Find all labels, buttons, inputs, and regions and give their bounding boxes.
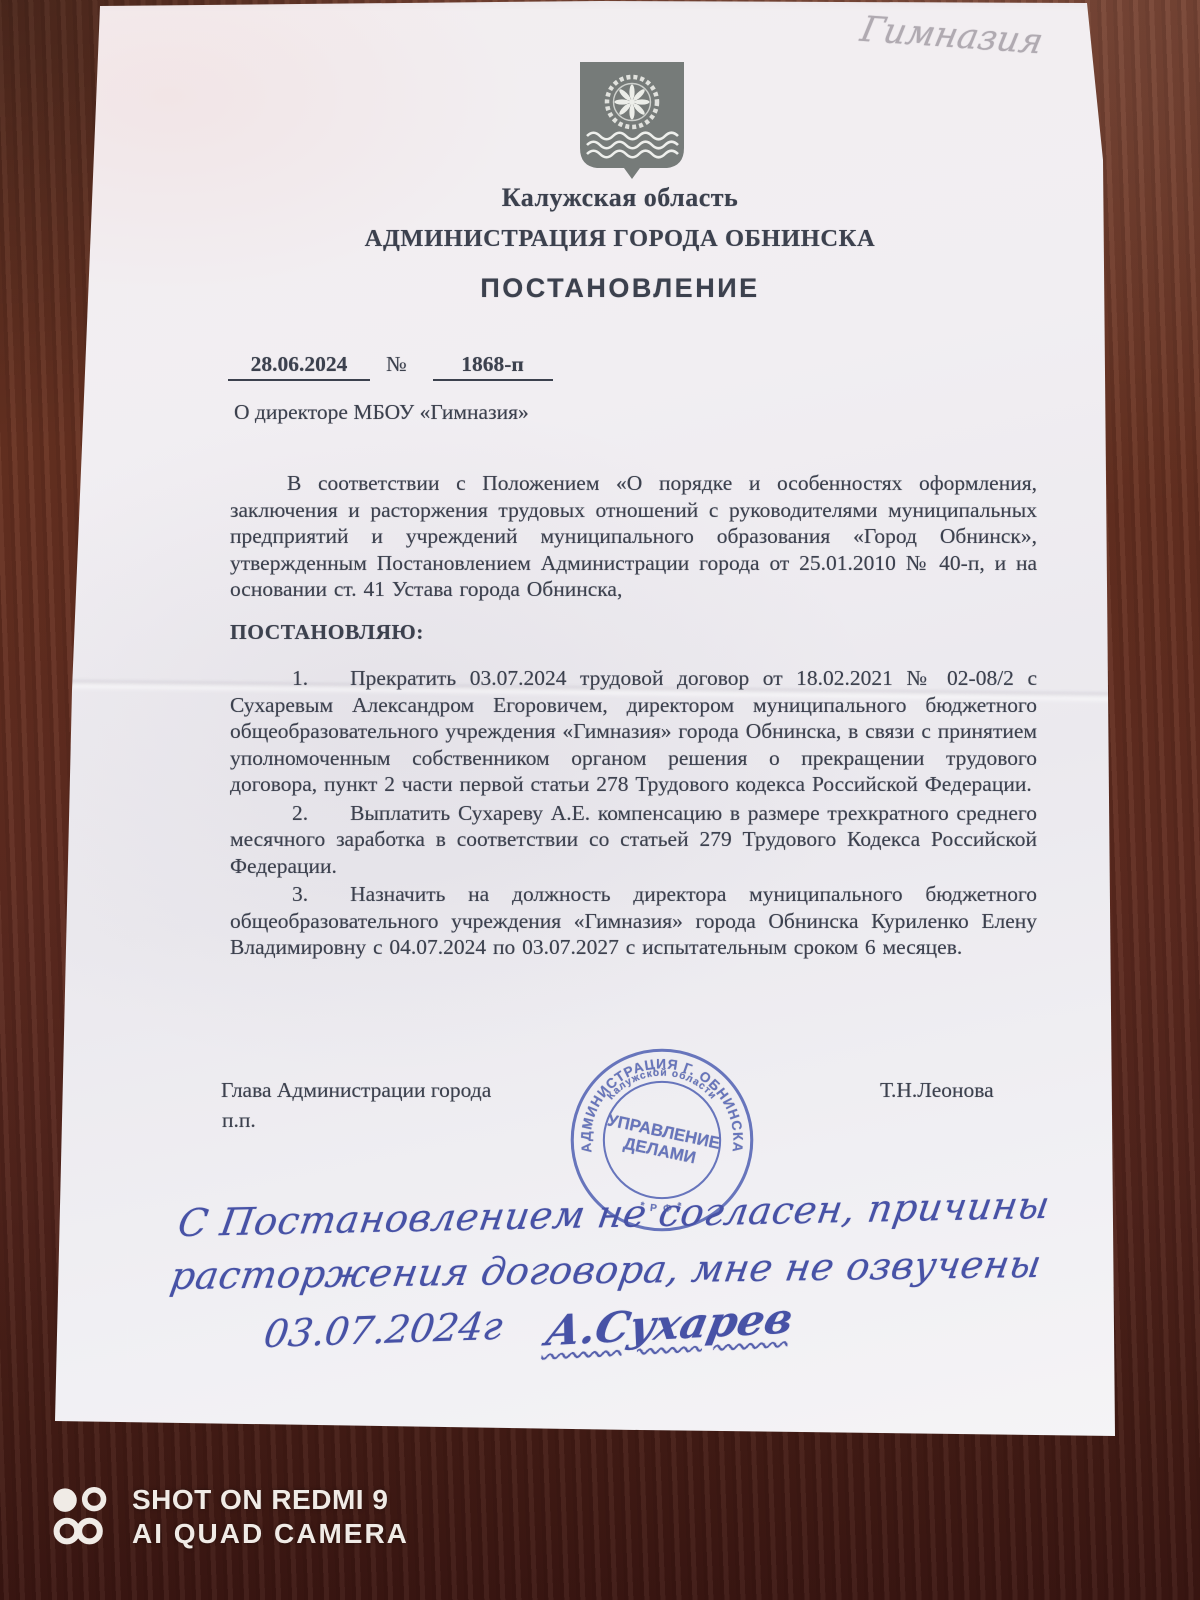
resolution-item-3: 3.Назначить на должность директора муниц… bbox=[230, 881, 1037, 961]
item-3-number: 3. bbox=[292, 882, 308, 906]
paper-sheet: Калужская область АДМИНИСТРАЦИЯ ГОРОДА О… bbox=[0, 0, 1200, 1600]
pencil-note-gimnaziya: Гимназия bbox=[857, 10, 1047, 63]
resolve-word: ПОСТАНОВЛЯЮ: bbox=[230, 619, 1037, 646]
resolution-item-1: 1.Прекратить 03.07.2024 трудовой договор… bbox=[230, 665, 1037, 798]
document-type-title: ПОСТАНОВЛЕНИЕ bbox=[190, 273, 1050, 304]
handwritten-signature: А.Сухарев bbox=[542, 1294, 798, 1356]
printed-document: Калужская область АДМИНИСТРАЦИЯ ГОРОДА О… bbox=[0, 0, 1200, 1600]
date-number-line: 28.06.2024№1868-п bbox=[228, 352, 553, 381]
item-3-text: Назначить на должность директора муницип… bbox=[230, 882, 1037, 959]
item-1-text: Прекратить 03.07.2024 трудовой договор о… bbox=[230, 666, 1037, 796]
watermark-line1: SHOT ON REDMI 9 bbox=[132, 1484, 409, 1516]
document-subject: О директоре МБОУ «Гимназия» bbox=[234, 400, 529, 425]
item-2-text: Выплатить Сухареву А.Е. компенсацию в ра… bbox=[230, 801, 1037, 878]
watermark-line2: AI QUAD CAMERA bbox=[132, 1518, 409, 1550]
preamble-paragraph: В соответствии с Положением «О порядке и… bbox=[230, 470, 1037, 603]
photo-of-document: Калужская область АДМИНИСТРАЦИЯ ГОРОДА О… bbox=[0, 0, 1200, 1600]
handwritten-note-line1: С Постановлением не согласен, причины bbox=[175, 1183, 1053, 1245]
document-body: В соответствии с Положением «О порядке и… bbox=[230, 470, 1037, 963]
signer-name: Т.Н.Леонова bbox=[880, 1078, 994, 1103]
item-2-number: 2. bbox=[292, 801, 308, 825]
document-number: 1868-п bbox=[433, 352, 553, 381]
watermark-text: SHOT ON REDMI 9 AI QUAD CAMERA bbox=[132, 1484, 409, 1550]
item-1-number: 1. bbox=[292, 666, 308, 690]
organization-title: АДМИНИСТРАЦИЯ ГОРОДА ОБНИНСКА bbox=[190, 225, 1050, 253]
resolution-item-2: 2.Выплатить Сухареву А.Е. компенсацию в … bbox=[230, 800, 1037, 880]
obninsk-coat-of-arms-icon bbox=[577, 62, 687, 184]
rosette-flower bbox=[615, 85, 650, 120]
handwritten-note-line2: расторжения договора, мне не озвучены bbox=[167, 1242, 1044, 1298]
document-date: 28.06.2024 bbox=[228, 352, 370, 381]
region-title: Калужская область bbox=[190, 183, 1050, 213]
signer-pp-mark: п.п. bbox=[222, 1108, 256, 1133]
handwritten-date: 03.07.2024г bbox=[261, 1304, 505, 1356]
number-sign: № bbox=[386, 352, 407, 376]
signer-title: Глава Администрации города bbox=[221, 1078, 491, 1103]
redmi-quad-camera-icon bbox=[50, 1487, 112, 1547]
camera-watermark: SHOT ON REDMI 9 AI QUAD CAMERA bbox=[50, 1484, 409, 1550]
